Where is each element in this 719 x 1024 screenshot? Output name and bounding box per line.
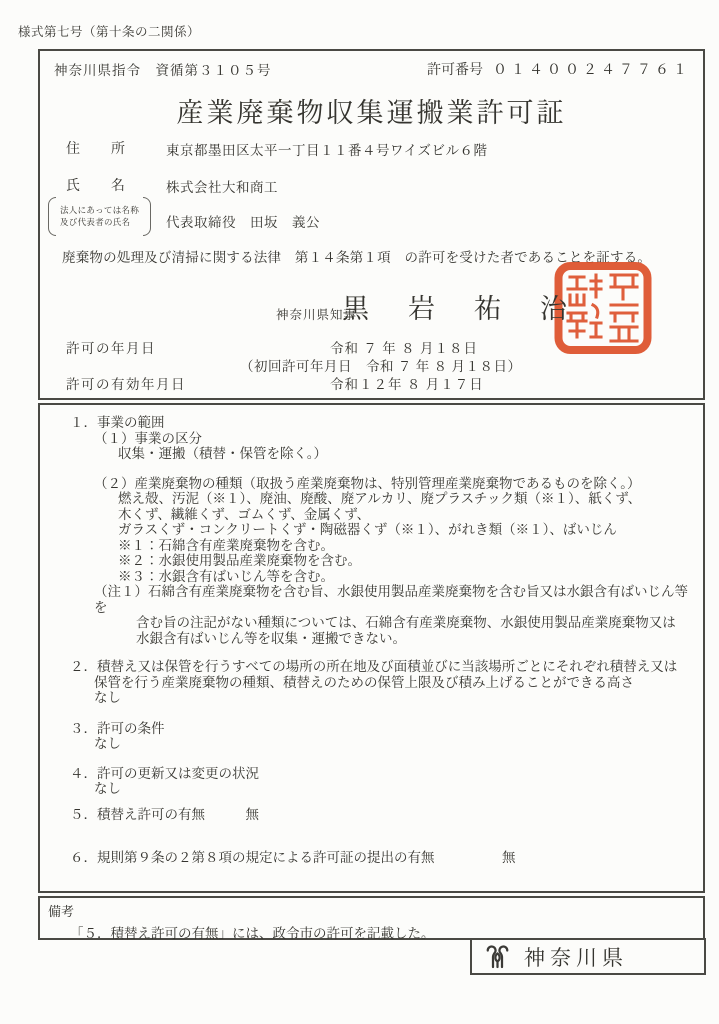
- body-line: （注１）石綿含有産業廃棄物を含む旨、水銀使用製品産業廃棄物を含む旨又は水銀含有ば…: [54, 584, 689, 615]
- body-line: なし: [54, 690, 689, 706]
- body-line: 燃え殻、汚泥（※１）、廃油、廃酸、廃アルカリ、廃プラスチック類（※１）、紙くず、: [54, 491, 689, 507]
- body-line: ※３：水銀含有ばいじん等を含む。: [54, 569, 689, 585]
- body-line: ※２：水銀使用製品産業廃棄物を含む。: [54, 553, 689, 569]
- body-line: ６．規則第９条の２第８項の規定による許可証の提出の有無 無: [54, 850, 689, 866]
- body-line: 水銀含有ばいじん等を収集・運搬できない。: [54, 631, 689, 647]
- body-line: ４．許可の更新又は変更の状況: [54, 766, 689, 782]
- kanagawa-emblem-icon: [484, 942, 511, 971]
- permit-number-value: ０１４００２４７７６１: [493, 63, 691, 78]
- representative-value: 代表取締役 田坂 義公: [166, 211, 320, 231]
- bracket-left: [48, 197, 56, 236]
- business-scope-box: １．事業の範囲 （１）事業の区分 収集・運搬（積替・保管を除く。） （２）産業廃…: [38, 403, 705, 893]
- bracket-right: [143, 197, 151, 236]
- valid-date-value: 令和１２年 ８ 月１７日: [330, 373, 484, 393]
- body-line: ３．許可の条件: [54, 721, 689, 737]
- body-line: ２．積替え又は保管を行うすべての場所の所在地及び面積並びに当該場所ごとにそれぞれ…: [54, 659, 689, 675]
- body-line: （１）事業の区分: [54, 431, 689, 447]
- valid-date-label: 許可の有効年月日: [66, 373, 186, 393]
- permit-document-page: 様式第七号（第十条の二関係） 神奈川県指令 資循第３１０５号 許可番号０１４００…: [0, 0, 719, 1024]
- form-number-label: 様式第七号（第十条の二関係）: [18, 22, 200, 40]
- remarks-label: 備考: [48, 901, 695, 920]
- corporate-note-text: 法人にあっては名称 及び代表者の氏名: [56, 197, 143, 236]
- body-line: ５．積替え許可の有無 無: [54, 807, 689, 823]
- address-value: 東京都墨田区太平一丁目１１番４号ワイズビル６階: [166, 139, 487, 159]
- body-line: 木くず、繊維くず、ゴムくず、金属くず、: [54, 507, 689, 523]
- certificate-header-box: 神奈川県指令 資循第３１０５号 許可番号０１４００２４７７６１ 産業廃棄物収集運…: [38, 49, 705, 400]
- body-line: １．事業の範囲: [54, 415, 689, 431]
- governor-name: 黒 岩 祐 治: [342, 287, 573, 326]
- body-line: 収集・運搬（積替・保管を除く。）: [54, 446, 689, 462]
- body-line: ※１：石綿含有産業廃棄物を含む。: [54, 538, 689, 554]
- body-line: 含む旨の注記がない種類については、石綿含有産業廃棄物、水銀使用製品産業廃棄物又は: [54, 615, 689, 631]
- corporate-note-bracket: 法人にあっては名称 及び代表者の氏名: [48, 197, 151, 236]
- permit-number: 許可番号０１４００２４７７６１: [427, 59, 691, 79]
- remarks-box: 備考 「５．積替え許可の有無」には、政令市の許可を記載した。: [38, 896, 705, 940]
- prefecture-name: 神奈川県: [524, 942, 628, 972]
- company-name-value: 株式会社大和商工: [166, 176, 278, 196]
- body-line: ガラスくず・コンクリートくず・陶磁器くず（※１）、がれき類（※１）、ばいじん: [54, 522, 689, 538]
- first-permit-date: （初回許可年月日 令和 ７ 年 ８ 月１８日）: [240, 355, 522, 375]
- body-line: （２）産業廃棄物の種類（取扱う産業廃棄物は、特別管理産業廃棄物であるものを除く。…: [54, 476, 689, 492]
- body-line: なし: [54, 736, 689, 752]
- body-line: 保管を行う産業廃棄物の種類、積替えのための保管上限及び積み上げることができる高さ: [54, 675, 689, 691]
- permit-date-value: 令和 ７ 年 ８ 月１８日: [330, 337, 478, 357]
- prefecture-directive-number: 神奈川県指令 資循第３１０５号: [54, 59, 272, 79]
- permit-number-label: 許可番号: [427, 63, 483, 78]
- address-label: 住 所: [66, 138, 126, 158]
- prefecture-footer-box: 神奈川県: [470, 938, 706, 975]
- permit-date-label: 許可の年月日: [66, 337, 156, 357]
- document-title: 産業廃棄物収集運搬業許可証: [40, 91, 703, 130]
- body-line: なし: [54, 781, 689, 797]
- name-label: 氏 名: [66, 175, 126, 195]
